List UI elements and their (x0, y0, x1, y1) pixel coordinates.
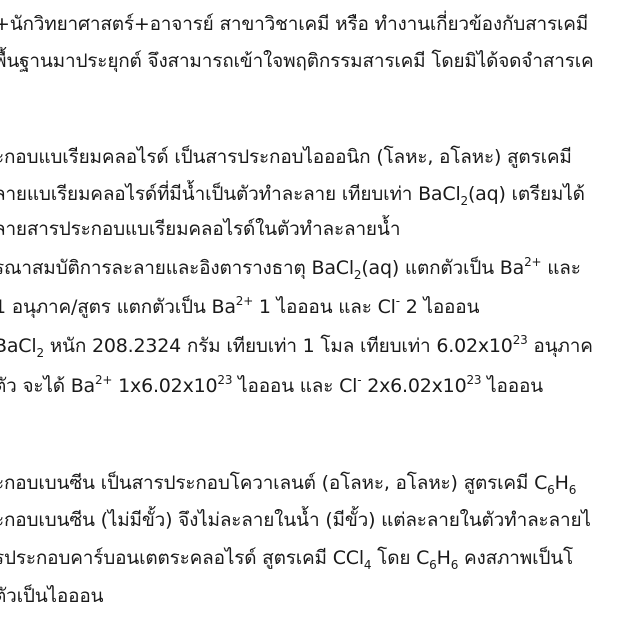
text: ลายสารประกอบแบเรียมคลอไรด์ในตัวทำละลายน้… (0, 218, 400, 240)
text: (aq) แตกตัวเป็น Ba (361, 257, 524, 279)
subscript: 2 (36, 346, 43, 360)
superscript: 23 (217, 373, 232, 387)
text-line: พื้นฐานมาประยุกต์ จึงสามารถเข้าใจพฤติกรร… (0, 47, 594, 75)
text: ไอออน (481, 375, 543, 397)
superscript: 23 (466, 373, 481, 387)
text: 2x6.02x10 (361, 375, 466, 397)
text-line: ะกอบเบนซีน เป็นสารประกอบโควาเลนต์ (อโลหะ… (0, 469, 576, 497)
text: ไอออน และ Cl (232, 375, 357, 397)
text: ตัวเป็นไอออน (0, 585, 103, 607)
subscript: 2 (461, 194, 468, 208)
text-line: +นักวิทยาศาสตร์+อาจารย์ สาขาวิชาเคมี หรื… (0, 10, 588, 38)
text: BaCl (0, 335, 36, 357)
text-line: รประกอบคาร์บอนเตตระคลอไรด์ สูตรเคมี CCl4… (0, 544, 573, 572)
subscript: 6 (569, 483, 576, 497)
text-line: 1 อนุภาค/สูตร แตกตัวเป็น Ba2+ 1 ไอออน แล… (0, 293, 479, 321)
text: 1 อนุภาค/สูตร แตกตัวเป็น Ba (0, 296, 236, 318)
text-line: BaCl2 หนัก 208.2324 กรัม เทียบเท่า 1 โมล… (0, 332, 593, 360)
text: ลายแบเรียมคลอไรด์ที่มีน้ำเป็นตัวทำละลาย … (0, 183, 461, 205)
text: 1x6.02x10 (112, 375, 217, 397)
text: ะกอบแบเรียมคลอไรด์ เป็นสารประกอบไอออนิก … (0, 146, 572, 168)
text: รณาสมบัติการละลายและอิงตารางธาตุ BaCl (0, 257, 354, 279)
text-line: ะกอบเบนซีน (ไม่มีขั้ว) จึงไม่ละลายในน้ำ … (0, 506, 591, 534)
text: 1 ไอออน และ Cl (253, 296, 396, 318)
text: รประกอบคาร์บอนเตตระคลอไรด์ สูตรเคมี CCl (0, 547, 364, 569)
text-line: ะกอบแบเรียมคลอไรด์ เป็นสารประกอบไอออนิก … (0, 143, 572, 171)
superscript: 23 (513, 333, 528, 347)
text: +นักวิทยาศาสตร์+อาจารย์ สาขาวิชาเคมี หรื… (0, 13, 588, 35)
superscript: 2+ (95, 373, 112, 387)
text: ตัว จะได้ Ba (0, 375, 95, 397)
text: หนัก 208.2324 กรัม เทียบเท่า 1 โมล เทียบ… (44, 335, 513, 357)
superscript: 2+ (524, 255, 541, 269)
subscript: 6 (429, 558, 436, 572)
text-line: ตัว จะได้ Ba2+ 1x6.02x1023 ไอออน และ Cl-… (0, 372, 543, 400)
text: คงสภาพเป็นโ (458, 547, 573, 569)
text: พื้นฐานมาประยุกต์ จึงสามารถเข้าใจพฤติกรร… (0, 50, 594, 72)
text: (aq) เตรียมได้ (468, 183, 585, 205)
text-line: รณาสมบัติการละลายและอิงตารางธาตุ BaCl2(a… (0, 254, 581, 282)
text: H (555, 472, 569, 494)
text-line: ลายแบเรียมคลอไรด์ที่มีน้ำเป็นตัวทำละลาย … (0, 180, 585, 208)
text: ะกอบเบนซีน (ไม่มีขั้ว) จึงไม่ละลายในน้ำ … (0, 509, 591, 531)
subscript: 6 (547, 483, 554, 497)
text: และ (541, 257, 580, 279)
text: โดย C (371, 547, 429, 569)
superscript: 2+ (236, 294, 253, 308)
text: ะกอบเบนซีน เป็นสารประกอบโควาเลนต์ (อโลหะ… (0, 472, 547, 494)
text-line: ตัวเป็นไอออน (0, 582, 103, 610)
text: 2 ไอออน (400, 296, 479, 318)
text: H (437, 547, 451, 569)
text: อนุภาค (528, 335, 593, 357)
text-line: ลายสารประกอบแบเรียมคลอไรด์ในตัวทำละลายน้… (0, 215, 400, 243)
